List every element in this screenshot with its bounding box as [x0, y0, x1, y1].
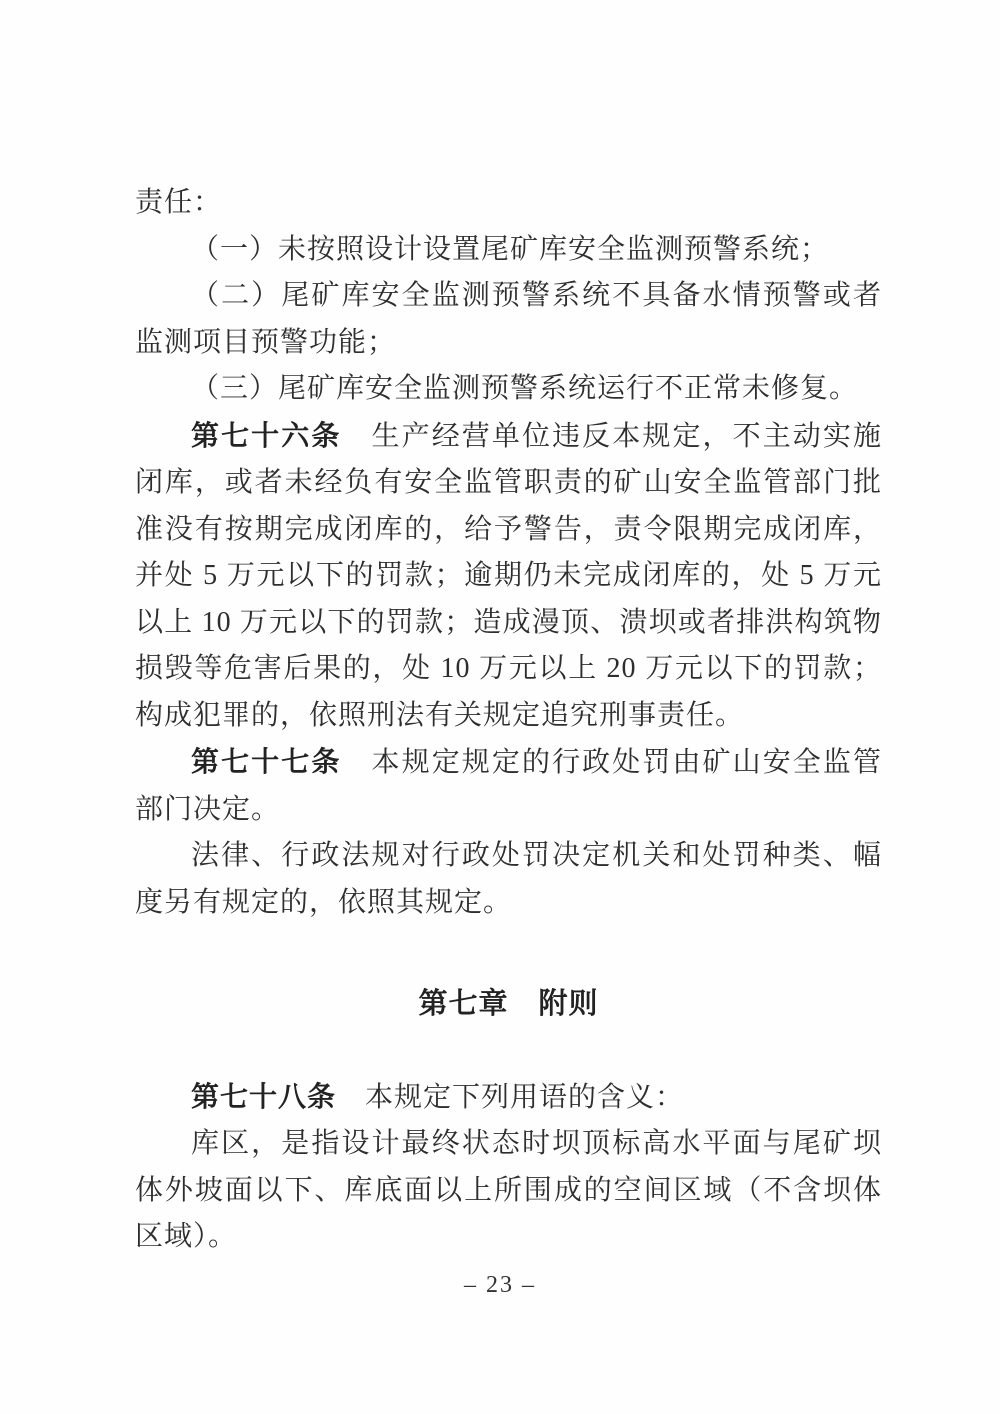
article-77-term: 第七十七条	[191, 746, 341, 777]
paragraph-article-76: 第七十六条 生产经营单位违反本规定，不主动实施闭库，或者未经负有安全监管职责的矿…	[135, 413, 882, 740]
paragraph-liability-tail: 责任：	[135, 180, 882, 227]
document-page: 责任： （一）未按照设计设置尾矿库安全监测预警系统； （二）尾矿库安全监测预警系…	[0, 0, 1000, 1414]
paragraph-definition-kuqu: 库区，是指设计最终状态时坝顶标高水平面与尾矿坝体外坡面以下、库底面以上所围成的空…	[135, 1121, 882, 1261]
article-76-text: 生产经营单位违反本规定，不主动实施闭库，或者未经负有安全监管职责的矿山安全监管部…	[135, 421, 882, 731]
paragraph-item-two: （二）尾矿库安全监测预警系统不具备水情预警或者监测项目预警功能；	[135, 273, 882, 366]
article-76-term: 第七十六条	[191, 420, 341, 451]
chapter-heading: 第七章 附则	[135, 981, 882, 1028]
paragraph-article-77-cont: 法律、行政法规对行政处罚决定机关和处罚种类、幅度另有规定的，依照其规定。	[135, 833, 882, 926]
paragraph-article-77: 第七十七条 本规定规定的行政处罚由矿山安全监管部门决定。	[135, 739, 882, 833]
paragraph-item-one: （一）未按照设计设置尾矿库安全监测预警系统；	[135, 227, 882, 274]
paragraph-item-three: （三）尾矿库安全监测预警系统运行不正常未修复。	[135, 366, 882, 413]
page-number: – 23 –	[0, 1272, 1000, 1299]
paragraph-article-78: 第七十八条 本规定下列用语的含义：	[135, 1074, 882, 1122]
document-body: 责任： （一）未按照设计设置尾矿库安全监测预警系统； （二）尾矿库安全监测预警系…	[135, 180, 882, 1261]
article-78-text: 本规定下列用语的含义：	[336, 1082, 684, 1113]
article-78-term: 第七十八条	[191, 1081, 336, 1112]
